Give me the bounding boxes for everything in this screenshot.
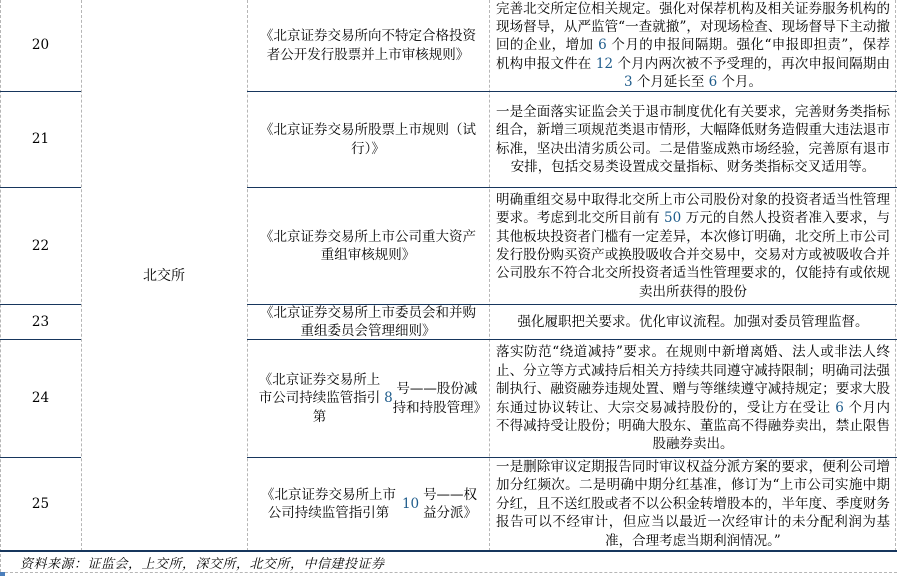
rule-title: 《北京证券交易所上市委员会和并购重组委员会管理细则》 (247, 305, 489, 340)
source-note: 资料来源：证监会，上交所，深交所，北交所，中信建投证券 (0, 552, 897, 573)
page-corner-mark (0, 572, 5, 576)
rule-description: 落实防范“绕道减持”要求。在规则中新增离婚、法人或非法人终止、分立等方式减持后相… (489, 340, 897, 458)
row-number: 22 (0, 188, 81, 305)
page: 20 《北京证券交易所向不特定合格投资者公开发行股票并上市审核规则》 完善北交所… (0, 0, 897, 576)
rule-title: 《北京证券交易所上市公司持续监管指引第 10 号——权益分派》 (247, 458, 489, 550)
rule-title: 《北京证券交易所向不特定合格投资者公开发行股票并上市审核规则》 (247, 0, 489, 92)
row-number: 20 (0, 0, 81, 92)
rule-description: 一是全面落实证监会关于退市制度优化有关要求，完善财务类指标组合，新增三项规范类退… (489, 92, 897, 188)
rule-description: 完善北交所定位相关规定。强化对保荐机构及相关证券服务机构的现场督导，从严监管“一… (489, 0, 897, 92)
rule-title: 《北京证券交易所上市公司持续监管指引第 8 号——股份减持和持股管理》 (247, 340, 489, 458)
rule-description: 强化履职把关要求。优化审议流程。加强对委员管理监督。 (489, 305, 897, 340)
rule-title: 《北京证券交易所股票上市规则（试行）》 (247, 92, 489, 188)
row-number: 25 (0, 458, 81, 550)
row-number: 23 (0, 305, 81, 340)
rule-description: 一是删除审议定期报告同时审议权益分派方案的要求，便利公司增加分红频次。二是明确中… (489, 458, 897, 550)
rule-description: 明确重组交易中取得北交所上市公司股份对象的投资者适当性管理要求。考虑到北交所目前… (489, 188, 897, 305)
rule-title: 《北京证券交易所上市公司重大资产重组审核规则》 (247, 188, 489, 305)
row-number: 21 (0, 92, 81, 188)
regulation-table: 20 《北京证券交易所向不特定合格投资者公开发行股票并上市审核规则》 完善北交所… (0, 0, 897, 552)
row-number: 24 (0, 340, 81, 458)
exchange-cell: 北交所 (81, 0, 247, 550)
